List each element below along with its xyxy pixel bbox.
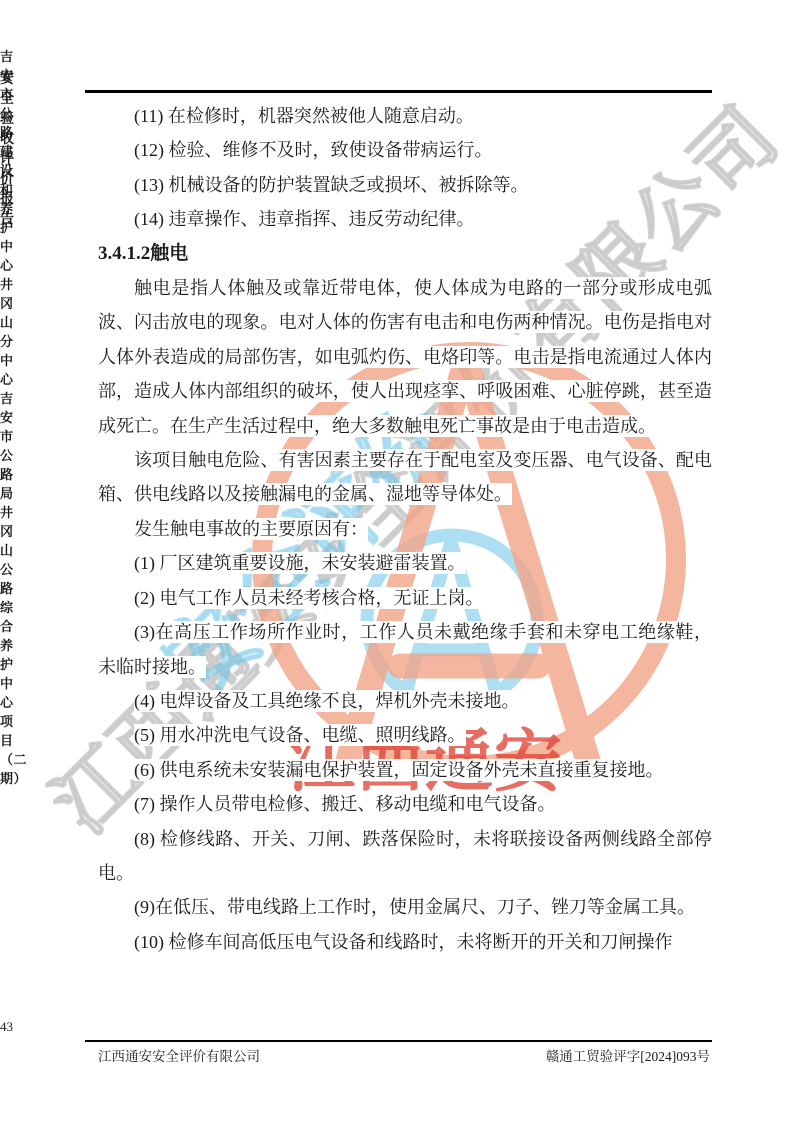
paragraph-locations: 该项目触电危险、有害因素主要存在于配电室及变压器、电气设备、配电箱、供电线路以及… — [98, 443, 712, 512]
cause-item-4: (4) 电焊设备及工具绝缘不良，焊机外壳未接地。 — [98, 684, 712, 718]
footer-row: 江西通安安全评价有限公司 赣通工贸验评字[2024]093号 — [98, 1045, 710, 1065]
list-item-11: (11) 在检修时，机器突然被他人随意启动。 — [98, 99, 712, 133]
cause-item-9: (9)在低压、带电线路上工作时，使用金属尺、刀子、锉刀等金属工具。 — [98, 890, 712, 924]
paragraph-definition: 触电是指人体触及或靠近带电体，使人体成为电路的一部分或形成电弧波、闪击放电的现象… — [98, 271, 712, 443]
paragraph-causes-intro: 发生触电事故的主要原因有： — [98, 512, 712, 546]
document-body: (11) 在检修时，机器突然被他人随意启动。 (12) 检验、维修不及时，致使设… — [98, 99, 712, 959]
footer-doc-number: 赣通工贸验评字[2024]093号 — [546, 1045, 710, 1065]
list-item-14: (14) 违章操作、违章指挥、违反劳动纪律。 — [98, 202, 712, 236]
list-item-12: (12) 检验、维修不及时，致使设备带病运行。 — [98, 133, 712, 167]
cause-item-8: (8) 检修线路、开关、刀闸、跌落保险时，未将联接设备两侧线路全部停电。 — [98, 822, 712, 891]
cause-item-3: (3)在高压工作场所作业时，工作人员未戴绝缘手套和未穿电工绝缘鞋，未临时接地。 — [98, 615, 712, 684]
header-rule — [85, 90, 712, 93]
cause-item-7: (7) 操作人员带电检修、搬迁、移动电缆和电气设备。 — [98, 787, 712, 821]
list-item-13: (13) 机械设备的防护装置缺乏或损坏、被拆除等。 — [98, 168, 712, 202]
cause-item-10: (10) 检修车间高低压电气设备和线路时，未将断开的开关和刀闸操作 — [98, 925, 712, 959]
cause-item-2: (2) 电气工作人员未经考核合格，无证上岗。 — [98, 581, 712, 615]
cause-item-1: (1) 厂区建筑重要设施，未安装避雷装置。 — [98, 546, 712, 580]
section-heading: 3.4.1.2触电 — [98, 237, 712, 271]
cause-item-5: (5) 用水冲洗电气设备、电缆、照明线路。 — [98, 718, 712, 752]
cause-item-6: (6) 供电系统未安装漏电保护装置，固定设备外壳未直接重复接地。 — [98, 753, 712, 787]
footer-rule — [85, 1040, 712, 1042]
footer-company-name: 江西通安安全评价有限公司 — [98, 1045, 260, 1065]
document-page: 江西通安安全评价有限公司 安全评价 江西通安 吉安市公路建设和养护中心井冈山分中… — [0, 0, 793, 1122]
